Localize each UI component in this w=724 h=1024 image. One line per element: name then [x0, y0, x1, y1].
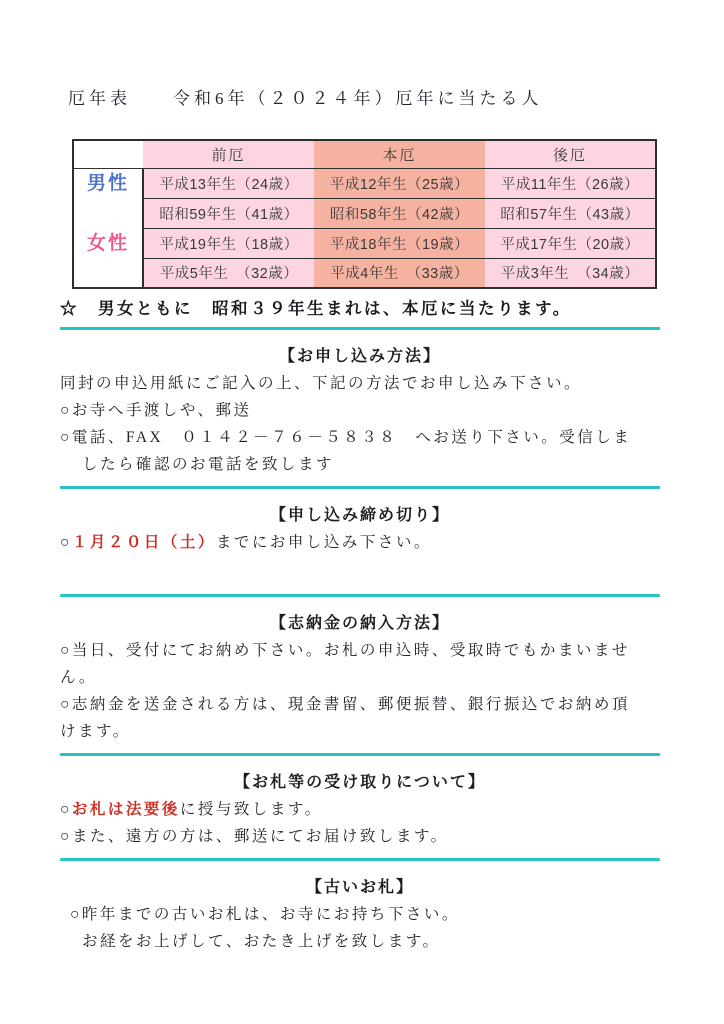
body-line: ○志納金を送金される方は、現金書留、郵便振替、銀行振込でお納め頂: [60, 691, 660, 718]
section-application: 【お申し込み方法】 同封の申込用紙にご記入の上、下記の方法でお申し込み下さい。 …: [60, 344, 660, 478]
body-line: ○電話、FAX ０１４２－７６－５８３８ へお送り下さい。受信しま: [60, 424, 660, 451]
body-line: ○当日、受付にてお納め下さい。お札の申込時、受取時でもかまいませ: [60, 637, 660, 664]
ofuda-line: ○お札は法要後に授与致します。: [60, 796, 660, 823]
cell-female1-honyaku: 平成18年生（19歳）: [314, 228, 485, 258]
cell-male1-maeyaku: 平成13年生（24歳）: [143, 168, 314, 198]
section-deadline: 【申し込み締め切り】 ○１月２０日（土）までにお申し込み下さい。: [60, 503, 660, 586]
section-heading: 【志納金の納入方法】: [60, 611, 660, 637]
body-line: したら確認のお電話を致します: [60, 451, 660, 478]
body-line: ん。: [60, 664, 660, 691]
circle-bullet: ○: [60, 534, 72, 551]
document-page: 厄年表 令和6年（２０２４年）厄年に当たる人 前厄 本厄 後厄 男性 女性 平成…: [0, 0, 724, 955]
cell-female1-maeyaku: 平成19年生（18歳）: [143, 228, 314, 258]
cell-female2-atoyaku: 平成3年生 （34歳）: [485, 258, 656, 288]
col-header-honyaku: 本厄: [314, 140, 485, 168]
section-old-ofuda: 【古いお札】 ○昨年までの古いお札は、お寺にお持ち下さい。 お経をお上げして、お…: [60, 875, 660, 955]
honyaku-note: ☆ 男女ともに 昭和３９年生まれは、本厄に当たります。: [60, 295, 660, 319]
section-divider: [60, 753, 660, 756]
section-divider: [60, 858, 660, 861]
col-header-atoyaku: 後厄: [485, 140, 656, 168]
cell-male1-atoyaku: 平成11年生（26歳）: [485, 168, 656, 198]
body-line: けます。: [60, 718, 660, 745]
section-heading: 【お札等の受け取りについて】: [60, 770, 660, 796]
section-receiving: 【お札等の受け取りについて】 ○お札は法要後に授与致します。 ○また、遠方の方は…: [60, 770, 660, 850]
table-row: 昭和59年生（41歳） 昭和58年生（42歳） 昭和57年生（43歳）: [73, 198, 656, 228]
body-line: お経をお上げして、おたき上げを致します。: [60, 928, 660, 955]
table-header-row: 前厄 本厄 後厄: [73, 140, 656, 168]
section-divider: [60, 594, 660, 597]
table-row: 平成19年生（18歳） 平成18年生（19歳） 平成17年生（20歳）: [73, 228, 656, 258]
ofuda-text: に授与致します。: [180, 801, 323, 818]
yakudoshi-table: 前厄 本厄 後厄 男性 女性 平成13年生（24歳） 平成12年生（25歳） 平…: [72, 139, 657, 289]
table-corner-cell: [73, 140, 143, 168]
body-line: ○お寺へ手渡しや、郵送: [60, 397, 660, 424]
deadline-line: ○１月２０日（土）までにお申し込み下さい。: [60, 529, 660, 556]
female-label: 女性: [74, 229, 142, 259]
section-payment: 【志納金の納入方法】 ○当日、受付にてお納め下さい。お札の申込時、受取時でもかま…: [60, 611, 660, 745]
body-line: ○昨年までの古いお札は、お寺にお持ち下さい。: [60, 901, 660, 928]
ofuda-emphasis: お札は法要後: [72, 801, 180, 818]
cell-female1-atoyaku: 平成17年生（20歳）: [485, 228, 656, 258]
section-divider: [60, 327, 660, 330]
section-heading: 【申し込み締め切り】: [60, 503, 660, 529]
cell-male1-honyaku: 平成12年生（25歳）: [314, 168, 485, 198]
circle-bullet: ○: [60, 801, 72, 818]
col-header-maeyaku: 前厄: [143, 140, 314, 168]
cell-male2-honyaku: 昭和58年生（42歳）: [314, 198, 485, 228]
cell-female2-honyaku: 平成4年生 （33歳）: [314, 258, 485, 288]
deadline-text: までにお申し込み下さい。: [216, 534, 432, 551]
section-divider: [60, 486, 660, 489]
cell-female2-maeyaku: 平成5年生 （32歳）: [143, 258, 314, 288]
cell-male2-atoyaku: 昭和57年生（43歳）: [485, 198, 656, 228]
section-heading: 【お申し込み方法】: [60, 344, 660, 370]
blank-space: [60, 556, 660, 586]
page-title: 厄年表 令和6年（２０２４年）厄年に当たる人: [68, 84, 660, 109]
body-line: ○また、遠方の方は、郵送にてお届け致します。: [60, 823, 660, 850]
table-row: 平成5年生 （32歳） 平成4年生 （33歳） 平成3年生 （34歳）: [73, 258, 656, 288]
section-heading: 【古いお札】: [60, 875, 660, 901]
deadline-date: １月２０日（土）: [72, 534, 216, 551]
table-row: 男性 女性 平成13年生（24歳） 平成12年生（25歳） 平成11年生（26歳…: [73, 168, 656, 198]
sex-label-cell: 男性 女性: [73, 168, 143, 288]
male-label: 男性: [74, 169, 142, 199]
body-line: 同封の申込用紙にご記入の上、下記の方法でお申し込み下さい。: [60, 370, 660, 397]
cell-male2-maeyaku: 昭和59年生（41歳）: [143, 198, 314, 228]
